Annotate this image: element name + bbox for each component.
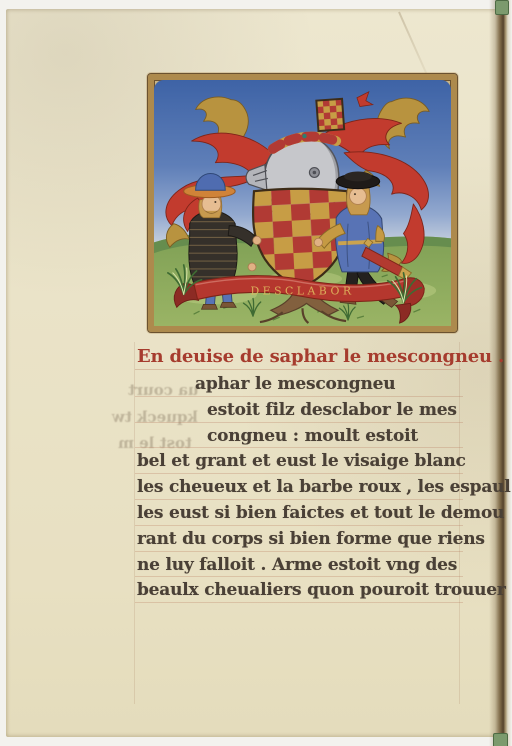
text-line: bel et grant et eust le visaige blanc [137,451,463,477]
text-line: congneu : moult estoit [137,426,463,452]
manuscript-scan: DESCLABOR ua court kqueck tw tost le m [0,0,512,746]
text-line: beaulx cheualiers quon pouroit trouuer [137,580,463,606]
rubric-heading: En deuise de saphar le mescongneu . [137,346,463,372]
right-figure-belt [338,241,382,243]
body-text: aphar le mescongneu estoit filz desclabo… [137,374,463,606]
text-line: estoit filz desclabor le mes [137,400,463,426]
heraldic-miniature: DESCLABOR [148,74,457,332]
left-figure-hand [253,236,261,244]
text-line: les eust si bien faictes et tout le demo… [137,503,463,529]
miniature-art: DESCLABOR [154,80,451,326]
text-line: aphar le mescongneu [137,374,463,400]
right-figure-hand [314,238,322,246]
text-line: ne luy falloit . Arme estoit vng des [137,555,463,581]
scroll-motto-text: DESCLABOR [250,285,354,298]
text-line: les cheueux et la barbe roux , les espau… [137,477,463,503]
green-bookmark-bottom [493,733,508,746]
green-bookmark-top [495,0,509,15]
right-figure-face [350,188,367,205]
book-binding-edge [489,0,512,746]
text-line: rant du corps si bien forme que riens [137,529,463,555]
